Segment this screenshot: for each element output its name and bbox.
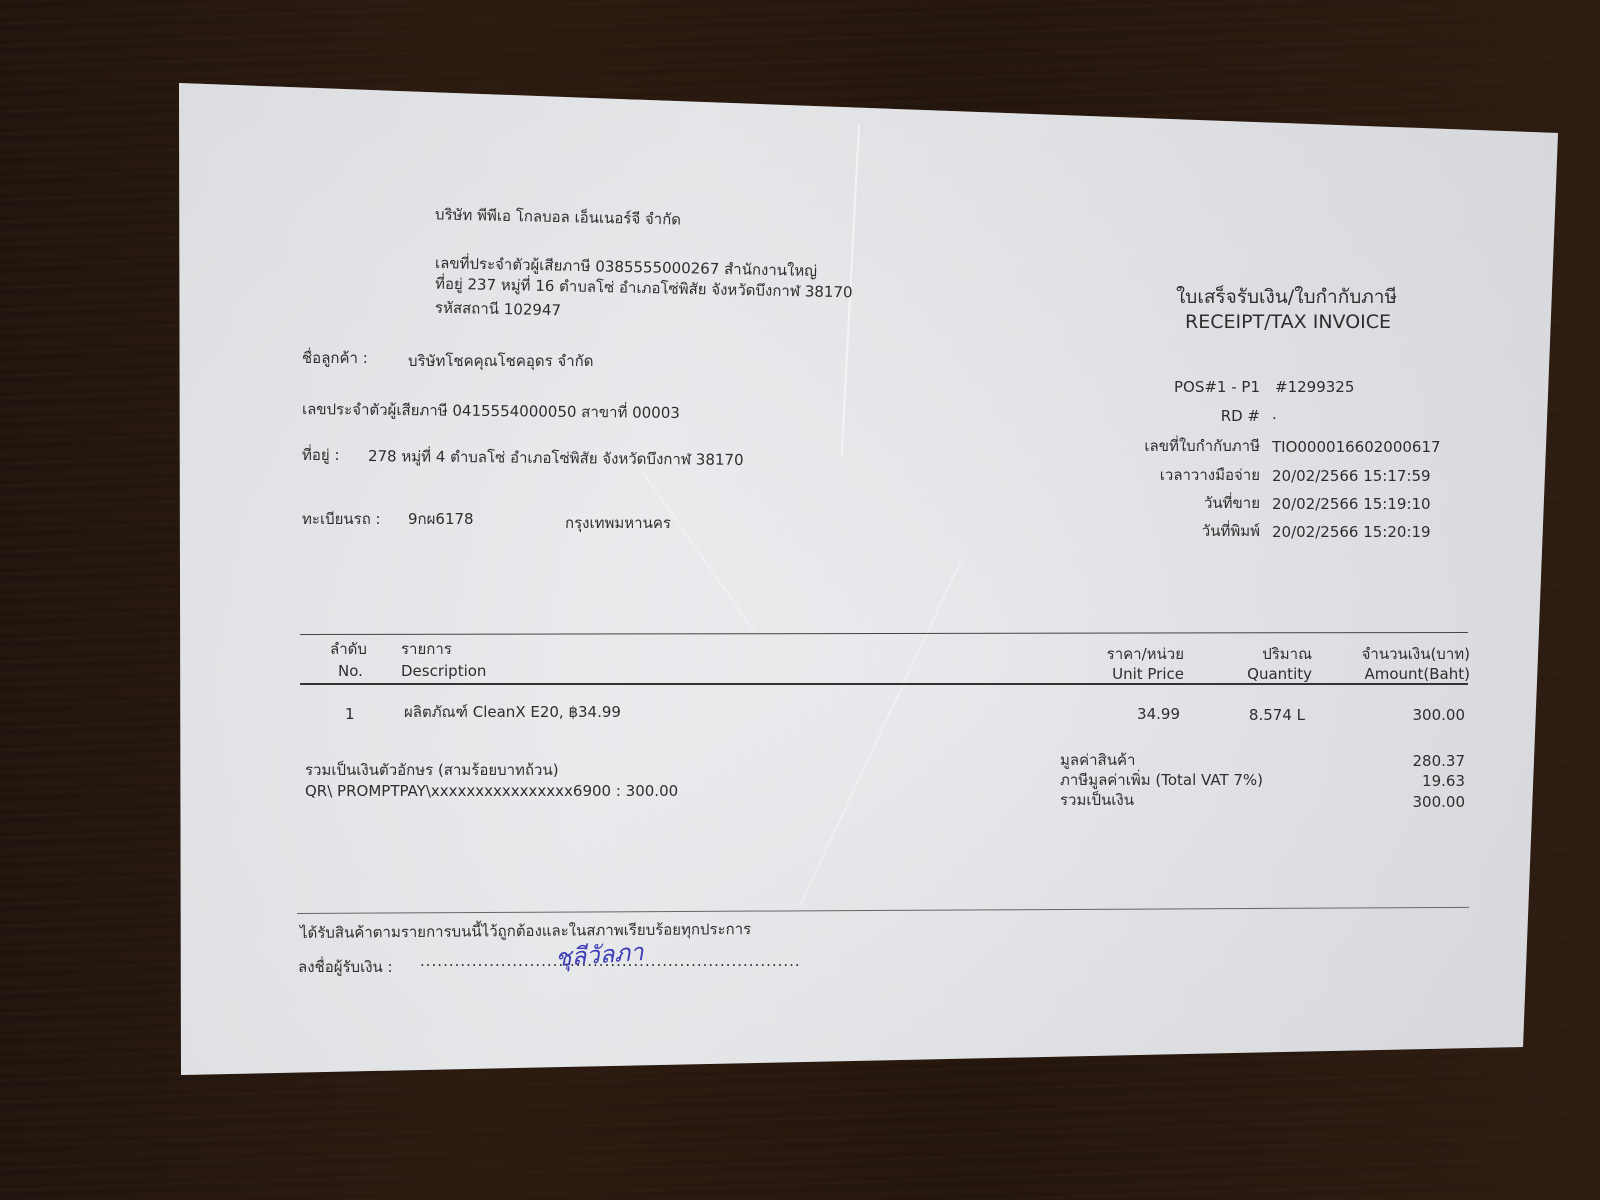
footer-rule [297,907,1469,914]
customer-tax-id: เลขประจำตัวผู้เสียภาษี 0415554000050 สาข… [302,400,680,422]
seller-company-name: บริษัท พีพีเอ โกลบอล เอ็นเนอร์จี จำกัด [435,205,681,228]
table-top-rule [300,632,1468,635]
total-value: 19.63 [1330,772,1465,790]
seller-station-code: รหัสสถานี 102947 [435,299,561,320]
col-header-description: Description [401,662,486,680]
meta-label: เลขที่ใบกำกับภาษี [1080,437,1260,455]
row-amount: 300.00 [1330,706,1465,724]
row-description: ผลิตภัณฑ์ CleanX E20, ฿34.99 [404,703,621,721]
signature-label: ลงชื่อผู้รับเงิน : [298,958,393,976]
col-header-description-thai: รายการ [401,640,452,658]
total-value: 300.00 [1330,793,1465,811]
col-header-quantity: Quantity [1200,665,1312,683]
meta-label: POS#1 - P1 [1080,378,1260,396]
meta-value: 20/02/2566 15:17:59 [1272,467,1431,485]
acknowledgement-text: ได้รับสินค้าตามรายการบนนี้ไว้ถูกต้องและใ… [300,920,751,942]
customer-address: 278 หมู่ที่ 4 ตำบลโซ่ อำเภอโซ่พิสัย จังห… [368,447,744,469]
customer-name-label: ชื่อลูกค้า : [302,349,368,367]
meta-value: TIO000016602000617 [1272,438,1441,456]
meta-label: เวลาวางมือจ่าย [1080,466,1260,484]
row-no: 1 [345,705,355,723]
document-title-thai: ใบเสร็จรับเงิน/ใบกำกับภาษี [1176,286,1397,308]
total-value: 280.37 [1330,752,1465,770]
col-header-unit-price-thai: ราคา/หน่วย [1040,645,1184,663]
total-label: ภาษีมูลค่าเพิ่ม (Total VAT 7%) [1060,771,1263,789]
col-header-unit-price: Unit Price [1040,665,1184,683]
meta-label: วันที่พิมพ์ [1080,522,1260,540]
document-title-english: RECEIPT/TAX INVOICE [1185,311,1391,333]
vehicle-province: กรุงเทพมหานคร [565,514,671,532]
row-unit-price: 34.99 [1060,705,1180,723]
customer-address-label: ที่อยู่ : [302,446,340,464]
total-label: รวมเป็นเงิน [1060,791,1134,809]
meta-value: 20/02/2566 15:19:10 [1272,495,1431,513]
meta-value: #1299325 [1275,378,1354,396]
total-label: มูลค่าสินค้า [1060,751,1135,769]
meta-value: . [1272,405,1277,423]
receipt-paper: บริษัท พีพีเอ โกลบอล เอ็นเนอร์จี จำกัด เ… [0,0,1600,1200]
table-header-rule [300,683,1468,685]
col-header-no: No. [338,662,363,680]
customer-name: บริษัทโชคคุณโชคอุดร จำกัด [408,352,593,370]
payment-line: QR\ PROMPTPAY\xxxxxxxxxxxxxxxx6900 : 300… [305,782,678,800]
row-quantity: 8.574 L [1190,706,1305,724]
vehicle-plate: 9กผ6178 [408,510,474,528]
col-header-no-thai: ลำดับ [330,640,367,658]
signature: ชุลีวัลภา [554,932,645,977]
amount-in-words: รวมเป็นเงินตัวอักษร (สามร้อยบาทถ้วน) [305,761,559,779]
col-header-amount-thai: จำนวนเงิน(บาท) [1310,645,1470,663]
meta-label: วันที่ขาย [1080,494,1260,512]
col-header-amount: Amount(Baht) [1310,665,1470,683]
vehicle-label: ทะเบียนรถ : [302,510,381,528]
col-header-quantity-thai: ปริมาณ [1200,645,1312,663]
meta-value: 20/02/2566 15:20:19 [1272,523,1431,541]
meta-label: RD # [1080,407,1260,425]
